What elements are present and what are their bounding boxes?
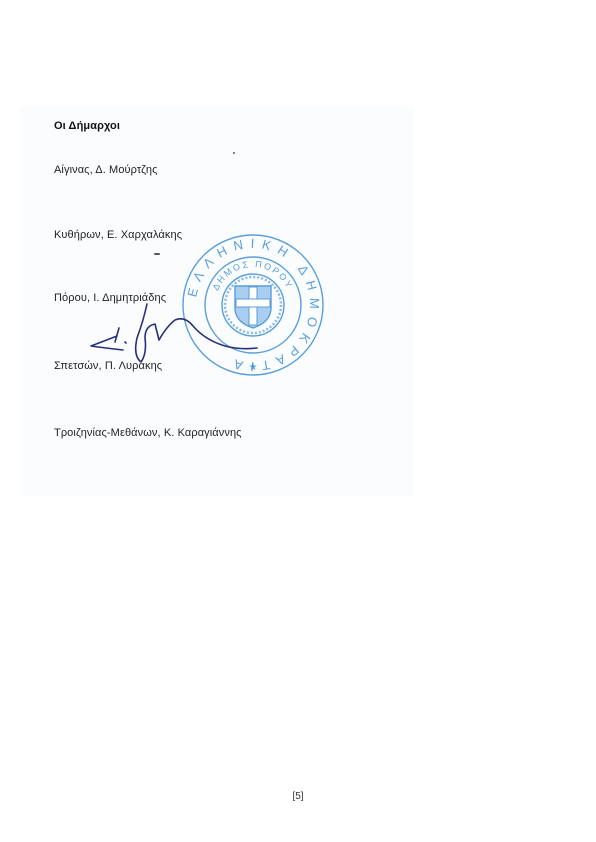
page-number: [5] [0,791,596,802]
signatory-troizinia-methana: Τροιζηνίας-Μεθάνων, Κ. Καραγιάννης [54,427,242,439]
signatory-aegina: Αίγινας, Δ. Μούρτζης [54,164,158,176]
scan-speck [154,253,160,255]
handwritten-signature [85,298,265,370]
scan-speck [233,152,235,154]
signatory-kythira: Κυθήρων, Ε. Χαρχαλάκης [54,229,182,241]
mayors-heading: Οι Δήμαρχοι [54,120,120,132]
